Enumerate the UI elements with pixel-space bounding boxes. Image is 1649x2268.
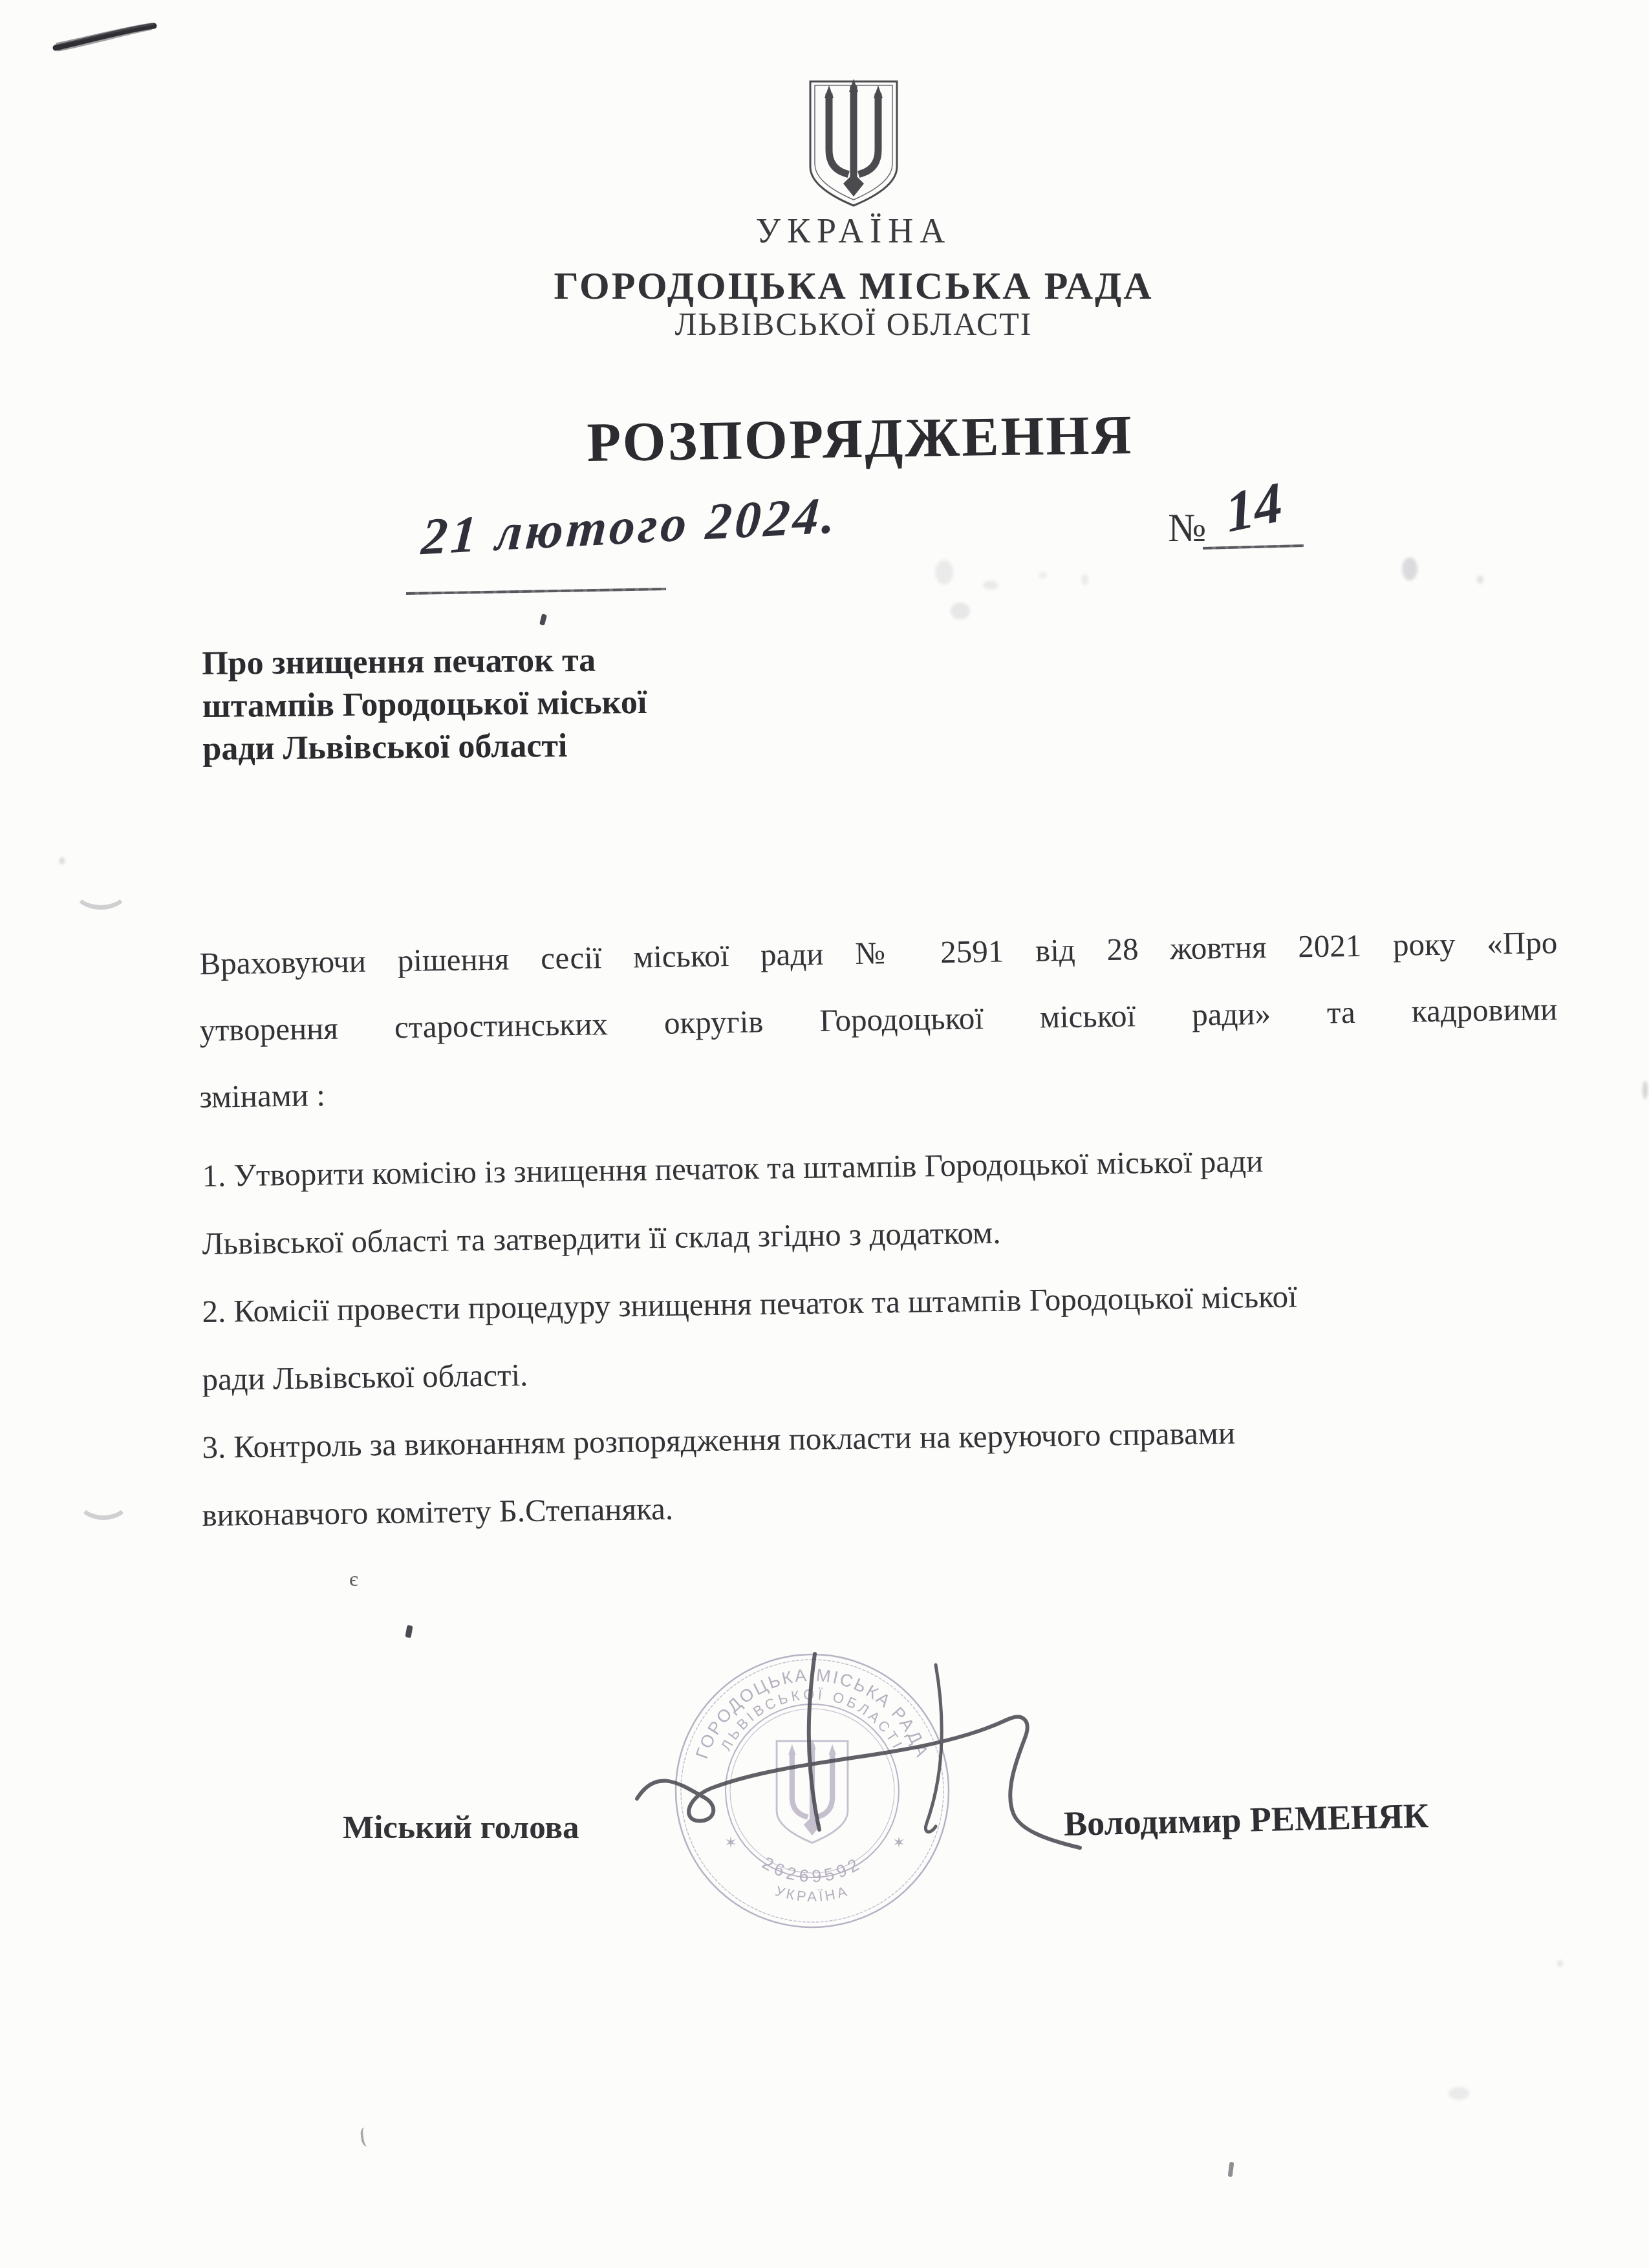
number-sign: №	[1168, 506, 1206, 551]
order-item-line: 2. Комісії провести процедуру знищення п…	[202, 1274, 1593, 1330]
country-name: УКРАЇНА	[756, 211, 951, 251]
smudge-artifact	[935, 560, 953, 584]
subject-line: штампів Городоцької міської	[202, 680, 759, 728]
document-type-title: РОЗПОРЯДЖЕННЯ	[587, 402, 1134, 475]
hole-punch-shadow	[78, 1483, 129, 1520]
signer-name: Володимир РЕМЕНЯК	[1063, 1795, 1428, 1844]
ink-arc-artifact	[360, 2126, 372, 2147]
number-underline	[1203, 544, 1304, 550]
mayor-signature	[618, 1629, 1115, 1868]
order-item-line: Львівської області та затвердити її скла…	[202, 1206, 1593, 1262]
speck-artifact	[59, 857, 65, 864]
smudge-artifact	[1081, 574, 1088, 585]
hole-punch-shadow	[73, 872, 129, 910]
scanned-document-page: УКРАЇНА ГОРОДОЦЬКА МІСЬКА РАДА ЛЬВІВСЬКО…	[0, 0, 1649, 2268]
stamp-ring-bottom-text: УКРАЇНА	[773, 1883, 851, 1905]
edge-artifact	[1643, 1081, 1648, 1099]
smudge-artifact	[1477, 575, 1483, 584]
smudge-artifact	[1039, 572, 1047, 579]
subject-line: ради Львівської області	[202, 723, 759, 771]
speck-artifact	[1557, 1960, 1563, 1967]
order-item-line: 3. Контроль за виконанням розпорядження …	[202, 1409, 1593, 1466]
date-ink-tick	[539, 614, 547, 625]
signer-title: Міський голова	[343, 1809, 579, 1846]
ukraine-trident-emblem	[805, 78, 902, 210]
order-item-line: ради Львівської області.	[202, 1342, 1593, 1398]
smudge-artifact	[1449, 2087, 1469, 2100]
pen-streak-artifact	[50, 18, 160, 57]
stray-ink-mark	[405, 1625, 413, 1638]
date-underline	[406, 588, 666, 595]
council-name: ГОРОДОЦЬКА МІСЬКА РАДА	[554, 264, 1153, 308]
smudge-artifact	[1402, 557, 1417, 581]
order-item-line: 1. Утворити комісію із знищення печаток …	[202, 1138, 1593, 1194]
smudge-artifact	[951, 603, 970, 619]
ink-tick-artifact	[1228, 2162, 1234, 2177]
handwritten-date: 21 лютого 2024.	[420, 486, 841, 567]
subject-block: Про знищення печаток та штампів Городоць…	[202, 637, 759, 770]
order-item-line: виконавчого комітету Б.Степаняка.	[202, 1477, 1593, 1534]
trident-icon	[829, 89, 878, 175]
handwritten-number: 14	[1222, 469, 1286, 546]
region-name: ЛЬВІВСЬКОЇ ОБЛАСТІ	[674, 305, 1032, 343]
subject-line: Про знищення печаток та	[202, 637, 759, 685]
smudge-artifact	[983, 581, 998, 590]
stray-ink-glyph: є	[349, 1567, 358, 1591]
